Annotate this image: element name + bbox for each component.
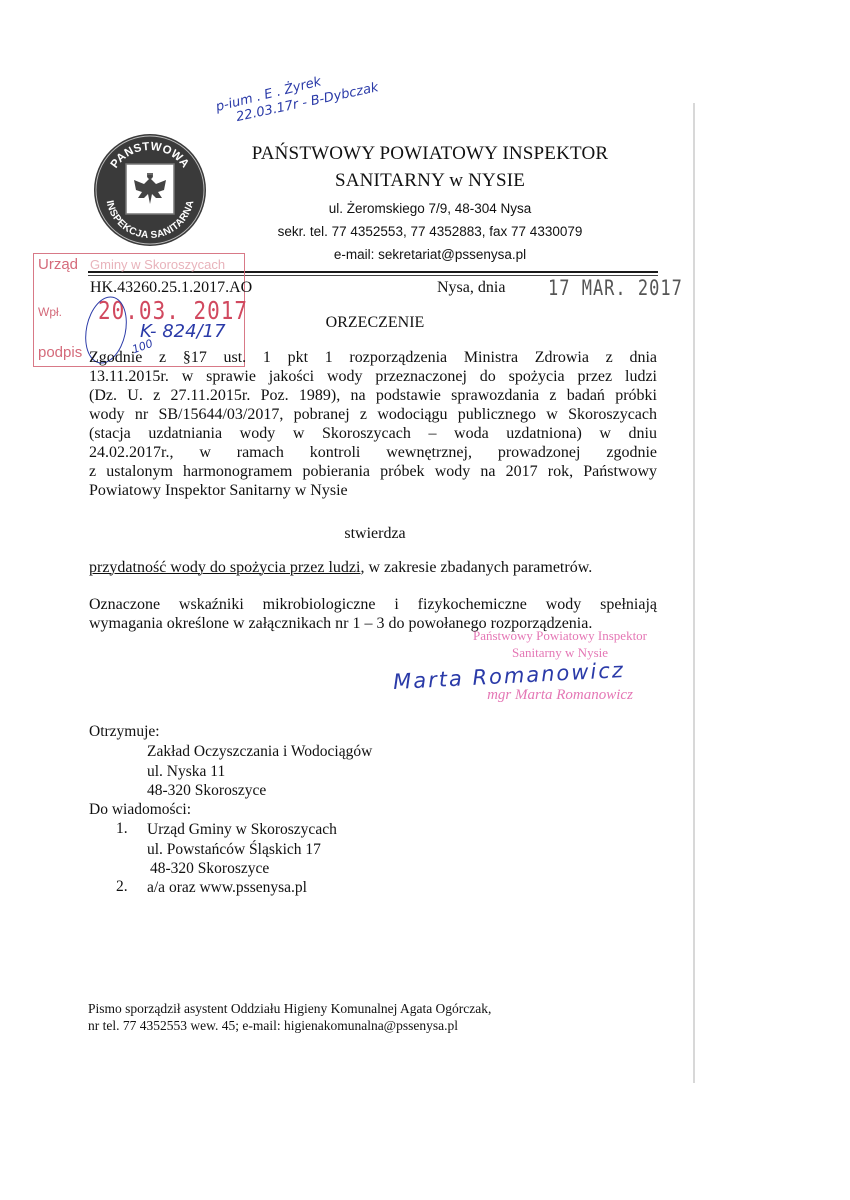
paragraph-line: (Dz. U. z 27.11.2015r. Poz. 1989), na po…	[89, 386, 657, 405]
receipt-stamp-signature-label: podpis	[38, 344, 82, 361]
institution-address: ul. Żeromskiego 7/9, 48-304 Nysa	[230, 201, 630, 216]
decision-paragraph: Zgodnie z §17 ust. 1 pkt 1 rozporządzeni…	[89, 348, 657, 500]
footer-line2: nr tel. 77 4352553 wew. 45; e-mail: higi…	[88, 1017, 491, 1034]
list-number: 1.	[116, 820, 128, 838]
paragraph-line: Zgodnie z §17 ust. 1 pkt 1 rozporządzeni…	[89, 348, 657, 367]
institution-phones: sekr. tel. 77 4352553, 77 4352883, fax 7…	[230, 224, 630, 239]
place-date-label: Nysa, dnia	[437, 279, 505, 297]
scan-edge-line	[693, 103, 695, 1083]
for-information-label: Do wiadomości:	[89, 800, 191, 820]
paragraph-line: (stacja uzdatniania wody w Skoroszycach …	[89, 424, 657, 443]
recipient-line: ul. Powstańców Śląskich 17	[147, 840, 337, 860]
institution-name-line2: SANITARNY w NYSIE	[230, 170, 630, 192]
signature-stamp-line2: Sanitarny w Nysie	[460, 644, 660, 661]
paragraph-line: wody nr SB/15644/03/2017, pobranej z wod…	[89, 405, 657, 424]
recipient-line: 48-320 Skoroszyce	[147, 859, 337, 879]
paragraph-line: 13.11.2015r. w sprawie jakości wody prze…	[89, 367, 657, 386]
reference-number: HK.43260.25.1.2017.AO	[90, 279, 252, 297]
paragraph-line: 24.02.2017r., w ramach kontroli wewnętrz…	[89, 443, 657, 462]
info-recipient-2: a/a oraz www.pssenysa.pl	[147, 878, 307, 898]
institution-email: e-mail: sekretariat@pssenysa.pl	[230, 247, 630, 262]
finding: przydatność wody do spożycia przez ludzi…	[89, 559, 592, 577]
main-recipient: Zakład Oczyszczania i Wodociągów ul. Nys…	[147, 742, 372, 801]
finding-underlined: przydatność wody do spożycia przez ludzi	[89, 559, 360, 576]
recipient-line: 48-320 Skoroszyce	[147, 781, 372, 801]
sanitary-inspection-logo: PANSTWOWA INSPEKCJA SANITARNA	[92, 132, 208, 248]
recipient-line: ul. Nyska 11	[147, 762, 372, 782]
receipt-stamp-received-label: Wpł.	[38, 305, 62, 319]
prepared-by-footer: Pismo sporządził asystent Oddziału Higie…	[88, 1000, 491, 1034]
info-recipient-1: Urząd Gminy w Skoroszycach ul. Powstańcó…	[147, 820, 337, 879]
list-number: 2.	[116, 878, 128, 896]
receipt-stamp-office: Urząd	[38, 256, 78, 273]
finding-rest: , w zakresie zbadanych parametrów.	[360, 559, 592, 576]
document-title: ORZECZENIE	[90, 314, 660, 332]
footer-line1: Pismo sporządził asystent Oddziału Higie…	[88, 1000, 491, 1017]
institution-name-line1: PAŃSTWOWY POWIATOWY INSPEKTOR	[230, 143, 630, 165]
recipient-line: a/a oraz www.pssenysa.pl	[147, 878, 307, 898]
receipt-stamp-office-faint: Gminy w Skoroszycach	[90, 257, 225, 272]
paragraph-line: z ustalonym harmonogramem pobierania pró…	[89, 462, 657, 481]
recipient-line: Zakład Oczyszczania i Wodociągów	[147, 742, 372, 762]
paragraph-line: Oznaczone wskaźniki mikrobiologiczne i f…	[89, 595, 657, 614]
signature-stamp-line1: Państwowy Powiatowy Inspektor	[460, 627, 660, 644]
verdict-verb: stwierdza	[90, 525, 660, 543]
recipient-line: Urząd Gminy w Skoroszycach	[147, 820, 337, 840]
signature-stamp: Państwowy Powiatowy Inspektor Sanitarny …	[460, 627, 660, 661]
paragraph-line: Powiatowy Inspektor Sanitarny w Nysie	[89, 481, 657, 500]
date-stamp: 17 MAR. 2017	[548, 276, 683, 301]
recipients-label: Otrzymuje:	[89, 722, 160, 742]
